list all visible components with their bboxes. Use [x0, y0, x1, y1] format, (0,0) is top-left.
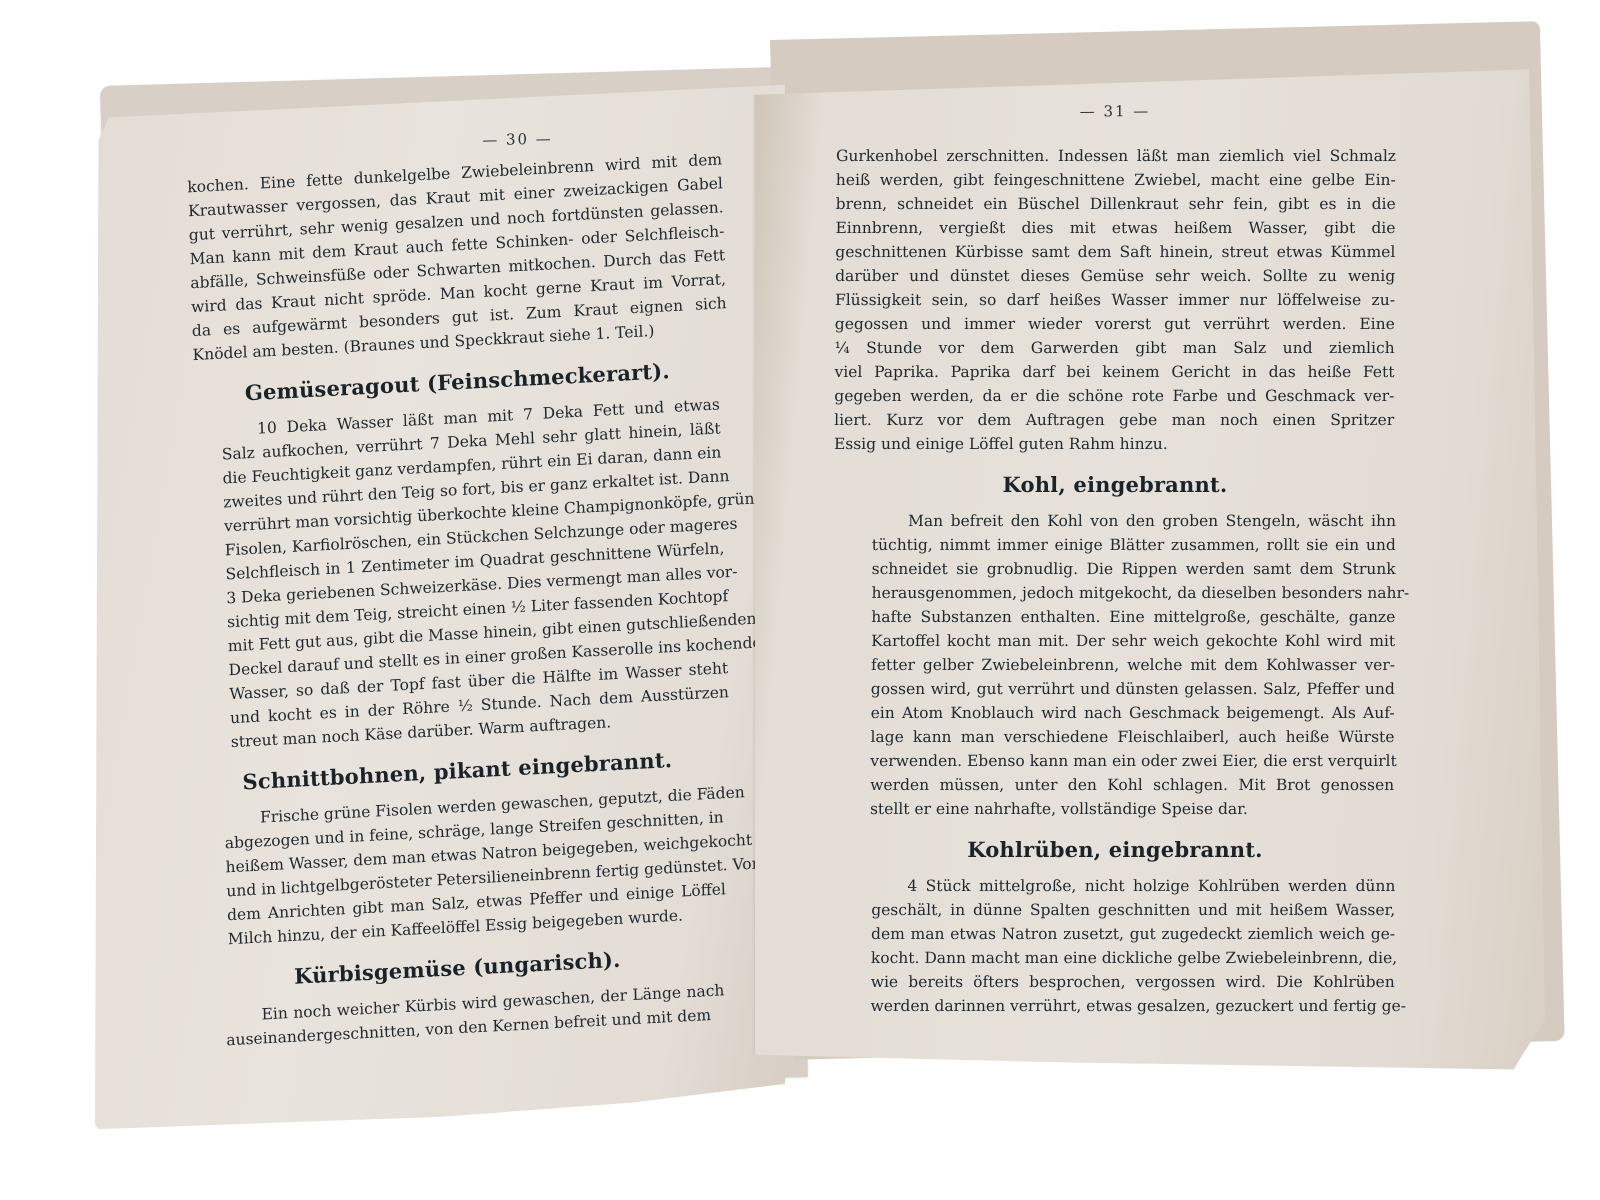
text-line: dem man etwas Natron zusetzt, gut zugede… — [835, 922, 1395, 946]
text-line: brenn, schneidet ein Büschel Dillenkraut… — [836, 192, 1396, 216]
page-number-31: — 31 — — [835, 100, 1395, 122]
text-line: stellt er eine nahrhafte, vollständige S… — [834, 797, 1394, 821]
recipe-heading: Kohlrüben, eingebrannt. — [835, 837, 1395, 862]
recipe-paragraph: kochen. Eine fette dunkelgelbe Zwiebelei… — [187, 147, 728, 367]
text-line: Gurkenhobel zerschnitten. Indessen läßt … — [836, 144, 1396, 168]
text-line: herausgenommen, jedoch mitgekocht, da di… — [835, 581, 1395, 605]
text-line: lage kann man verschiedene Fleischlaiber… — [834, 725, 1394, 749]
text-line: Man befreit den Kohl von den groben Sten… — [836, 509, 1396, 533]
text-line: viel Paprika. Paprika darf bei keinem Ge… — [834, 360, 1394, 384]
text-line: Flüssigkeit sein, so darf heißes Wasser … — [835, 288, 1395, 312]
text-line: werden darinnen verrührt, etwas gesalzen… — [834, 994, 1394, 1018]
text-line: heiß werden, gibt feingeschnittene Zwieb… — [836, 168, 1396, 192]
recipe-paragraph: Gurkenhobel zerschnitten. Indessen läßt … — [834, 144, 1396, 456]
text-line: ein Atom Knoblauch wird nach Geschmack b… — [835, 701, 1395, 725]
text-line: tüchtig, nimmt immer einige Blätter zusa… — [836, 533, 1396, 557]
text-line: schneidet sie grobnudlig. Die Rippen wer… — [836, 557, 1396, 581]
text-line: gegeben werden, da er die schöne rote Fa… — [834, 384, 1394, 408]
recipe-paragraph: 10 Deka Wasser läßt man mit 7 Deka Fett … — [185, 392, 730, 756]
text-line: wie bereits öfters besprochen, vergossen… — [835, 970, 1395, 994]
text-line: Essig und einige Löffel guten Rahm hinzu… — [834, 432, 1394, 456]
text-line: liert. Kurz vor dem Auftragen gebe man n… — [834, 408, 1394, 432]
text-line: hafte Substanzen enthalten. Eine mittelg… — [835, 605, 1395, 629]
recipe-paragraph: Frische grüne Fisolen werden gewaschen, … — [188, 781, 727, 953]
text-line: 4 Stück mittelgroße, nicht holzige Kohlr… — [835, 874, 1395, 898]
recipe-paragraph: Man befreit den Kohl von den groben Sten… — [834, 509, 1396, 821]
text-line: geschält, in dünne Spalten geschnitten u… — [835, 898, 1395, 922]
text-line: kocht. Dann macht man eine dickliche gel… — [835, 946, 1395, 970]
page-number-30: — 30 — — [310, 126, 725, 153]
right-page: — 31 — Gurkenhobel zerschnitten. Indesse… — [755, 69, 1545, 1075]
text-line: Kartoffel kocht man mit. Der sehr weich … — [835, 629, 1395, 653]
right-page-content: Gurkenhobel zerschnitten. Indessen läßt … — [835, 140, 1395, 1018]
text-line: geschnittenen Kürbisse samt dem Saft hin… — [835, 240, 1395, 264]
text-line: verwenden. Ebenso kann man ein oder zwei… — [834, 749, 1394, 773]
text-line: fetter gelber Zwiebeleinbrenn, welche mi… — [835, 653, 1395, 677]
text-line: ¼ Stunde vor dem Garwerden gibt man Salz… — [835, 336, 1395, 360]
left-page-content: kochen. Eine fette dunkelgelbe Zwiebelei… — [190, 164, 725, 1054]
text-line: darüber und dünstet dieses Gemüse sehr w… — [835, 264, 1395, 288]
text-line: gossen wird, gut verrührt und dünsten ge… — [835, 677, 1395, 701]
text-line: Einnbrenn, vergießt dies mit etwas heiße… — [835, 216, 1395, 240]
recipe-paragraph: 4 Stück mittelgroße, nicht holzige Kohlr… — [834, 874, 1395, 1018]
text-line: gegossen und immer wieder vorerst gut ve… — [835, 312, 1395, 336]
recipe-heading: Kohl, eingebrannt. — [835, 472, 1395, 497]
left-page: — 30 — kochen. Eine fette dunkelgelbe Zw… — [95, 85, 785, 1129]
text-line: werden müssen, unter den Kohl schlagen. … — [834, 773, 1394, 797]
open-book: — 30 — kochen. Eine fette dunkelgelbe Zw… — [0, 0, 1600, 1200]
